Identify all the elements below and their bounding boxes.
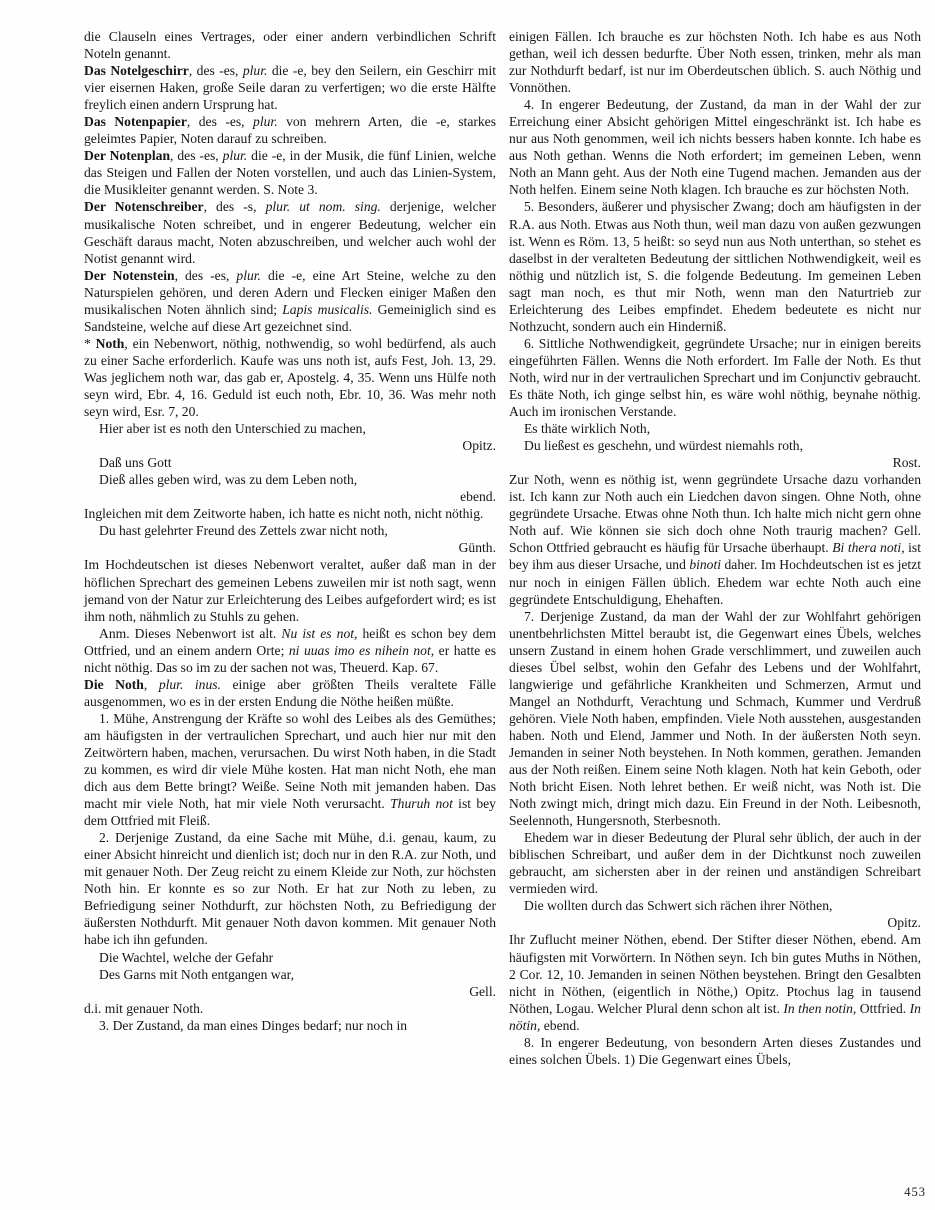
text-run: * xyxy=(84,336,96,351)
text-run: plur. xyxy=(236,268,261,283)
text-run: In then notin, xyxy=(783,1001,856,1016)
text-run: Opitz. xyxy=(887,915,921,930)
text-run: Günth. xyxy=(459,540,496,555)
text-run: Hier aber ist es noth den Unterschied zu… xyxy=(99,421,366,436)
attribution: ebend. xyxy=(84,488,496,505)
text-run: Anm. Dieses Nebenwort ist alt. xyxy=(99,626,281,641)
entry-der-notenschreiber: Der Notenschreiber, des -s, plur. ut nom… xyxy=(84,198,496,266)
body-paragraph: Zur Noth, wenn es nöthig ist, wenn gegrü… xyxy=(509,471,921,607)
page-number: 453 xyxy=(904,1184,926,1201)
text-run: die Clauseln eines Vertrages, oder einer… xyxy=(84,29,496,61)
verse-line: Daß uns Gott xyxy=(84,454,496,471)
text-run: plur. ut nom. sing. xyxy=(266,199,381,214)
text-run: Das Notenpapier xyxy=(84,114,187,129)
text-run: Die Noth xyxy=(84,677,144,692)
text-run: , des -es, xyxy=(170,148,223,163)
attribution: Rost. xyxy=(509,454,921,471)
text-run: 8. In engerer Bedeutung, von besondern A… xyxy=(509,1035,921,1067)
text-run: Du ließest es geschehn, und würdest niem… xyxy=(524,438,803,453)
anmerkung-paragraph: Anm. Dieses Nebenwort ist alt. Nu ist es… xyxy=(84,625,496,676)
verse-line: Es thäte wirklich Noth, xyxy=(509,420,921,437)
text-columns: die Clauseln eines Vertrages, oder einer… xyxy=(84,28,921,1068)
right-column: einigen Fällen. Ich brauche es zur höchs… xyxy=(509,28,921,1068)
sense-6: 6. Sittliche Nothwendigkeit, gegründete … xyxy=(509,335,921,420)
text-run: d.i. mit genauer Noth. xyxy=(84,1001,203,1016)
sense-5: 5. Besonders, äußerer und physischer Zwa… xyxy=(509,198,921,334)
text-run: , des -s, xyxy=(204,199,266,214)
attribution: Opitz. xyxy=(84,437,496,454)
text-run: 2. Derjenige Zustand, da eine Sache mit … xyxy=(84,830,496,947)
verse-line: Die Wachtel, welche der Gefahr xyxy=(84,949,496,966)
continuation-paragraph: die Clauseln eines Vertrages, oder einer… xyxy=(84,28,496,62)
verse-line: Hier aber ist es noth den Unterschied zu… xyxy=(84,420,496,437)
text-run: plur. xyxy=(223,148,248,163)
text-run: 6. Sittliche Nothwendigkeit, gegründete … xyxy=(509,336,921,419)
text-run: Ingleichen mit dem Zeitworte haben, ich … xyxy=(84,506,483,521)
attribution: Opitz. xyxy=(509,914,921,931)
text-run: Du hast gelehrter Freund des Zettels zwa… xyxy=(99,523,388,538)
text-run: Bi thera noti, xyxy=(832,540,904,555)
text-run: einigen Fällen. Ich brauche es zur höchs… xyxy=(509,29,921,95)
text-run: 4. In engerer Bedeutung, der Zustand, da… xyxy=(509,97,921,197)
verse-line: Des Garns mit Noth entgangen war, xyxy=(84,966,496,983)
verse-line: Du ließest es geschehn, und würdest niem… xyxy=(509,437,921,454)
text-run: ni uuas imo es nihein not, xyxy=(289,643,434,658)
text-run: ebend. xyxy=(540,1018,579,1033)
text-run: Rost. xyxy=(893,455,921,470)
text-run: Dieß alles geben wird, was zu dem Leben … xyxy=(99,472,357,487)
verse-line: Die wollten durch das Schwert sich räche… xyxy=(509,897,921,914)
sense-8: 8. In engerer Bedeutung, von besondern A… xyxy=(509,1034,921,1068)
text-run: ebend. xyxy=(460,489,496,504)
attribution: Gell. xyxy=(84,983,496,1000)
attribution: Günth. xyxy=(84,539,496,556)
text-run: plur. xyxy=(253,114,278,129)
text-run: Opitz. xyxy=(462,438,496,453)
text-run: plur. inus. xyxy=(159,677,221,692)
text-run: 5. Besonders, äußerer und physischer Zwa… xyxy=(509,199,921,333)
sense-3: 3. Der Zustand, da man eines Dinges beda… xyxy=(84,1017,496,1034)
continuation-paragraph: einigen Fällen. Ich brauche es zur höchs… xyxy=(509,28,921,96)
text-run: Nu ist es not, xyxy=(281,626,357,641)
entry-das-notelgeschirr: Das Notelgeschirr, des -es, plur. die -e… xyxy=(84,62,496,113)
body-paragraph: Ihr Zuflucht meiner Nöthen, ebend. Der S… xyxy=(509,931,921,1033)
text-run: 3. Der Zustand, da man eines Dinges beda… xyxy=(99,1018,407,1033)
text-run: Die wollten durch das Schwert sich räche… xyxy=(524,898,832,913)
text-run: Der Notenschreiber xyxy=(84,199,204,214)
body-paragraph: Ehedem war in dieser Bedeutung der Plura… xyxy=(509,829,921,897)
text-run: Lapis musicalis. xyxy=(282,302,372,317)
entry-noth-adverb: * Noth, ein Nebenwort, nöthig, nothwendi… xyxy=(84,335,496,420)
body-paragraph: d.i. mit genauer Noth. xyxy=(84,1000,496,1017)
body-paragraph: Ingleichen mit dem Zeitworte haben, ich … xyxy=(84,505,496,522)
dictionary-scan-page: die Clauseln eines Vertrages, oder einer… xyxy=(0,0,935,1210)
text-run: , des -es, xyxy=(187,114,253,129)
verse-line: Du hast gelehrter Freund des Zettels zwa… xyxy=(84,522,496,539)
text-run: Das Notelgeschirr xyxy=(84,63,189,78)
text-run: Gell. xyxy=(469,984,496,999)
sense-7: 7. Derjenige Zustand, da man der Wahl de… xyxy=(509,608,921,830)
text-run: Der Notenplan xyxy=(84,148,170,163)
text-run: Daß uns Gott xyxy=(99,455,172,470)
text-run: Im Hochdeutschen ist dieses Nebenwort ve… xyxy=(84,557,496,623)
text-run: Die Wachtel, welche der Gefahr xyxy=(99,950,273,965)
entry-das-notenpapier: Das Notenpapier, des -es, plur. von mehr… xyxy=(84,113,496,147)
text-run: Thuruh not xyxy=(390,796,453,811)
sense-2: 2. Derjenige Zustand, da eine Sache mit … xyxy=(84,829,496,948)
entry-der-notenstein: Der Notenstein, des -es, plur. die -e, e… xyxy=(84,267,496,335)
text-run: Noth xyxy=(96,336,125,351)
text-run: , ein Nebenwort, nöthig, nothwendig, so … xyxy=(84,336,496,419)
text-run: , des -es, xyxy=(189,63,243,78)
entry-die-noth: Die Noth, plur. inus. einige aber größte… xyxy=(84,676,496,710)
entry-der-notenplan: Der Notenplan, des -es, plur. die -e, in… xyxy=(84,147,496,198)
text-run: Des Garns mit Noth entgangen war, xyxy=(99,967,294,982)
text-run: 7. Derjenige Zustand, da man der Wahl de… xyxy=(509,609,921,829)
sense-4: 4. In engerer Bedeutung, der Zustand, da… xyxy=(509,96,921,198)
text-run: , des -es, xyxy=(175,268,237,283)
verse-line: Dieß alles geben wird, was zu dem Leben … xyxy=(84,471,496,488)
text-run: Ottfried. xyxy=(856,1001,909,1016)
text-run: plur. xyxy=(243,63,268,78)
text-run: Der Notenstein xyxy=(84,268,175,283)
text-run: Ehedem war in dieser Bedeutung der Plura… xyxy=(509,830,921,896)
left-column: die Clauseln eines Vertrages, oder einer… xyxy=(84,28,496,1068)
body-paragraph: Im Hochdeutschen ist dieses Nebenwort ve… xyxy=(84,556,496,624)
sense-1: 1. Mühe, Anstrengung der Kräfte so wohl … xyxy=(84,710,496,829)
text-run: , xyxy=(144,677,159,692)
text-run: binoti xyxy=(689,557,721,572)
text-run: Es thäte wirklich Noth, xyxy=(524,421,650,436)
